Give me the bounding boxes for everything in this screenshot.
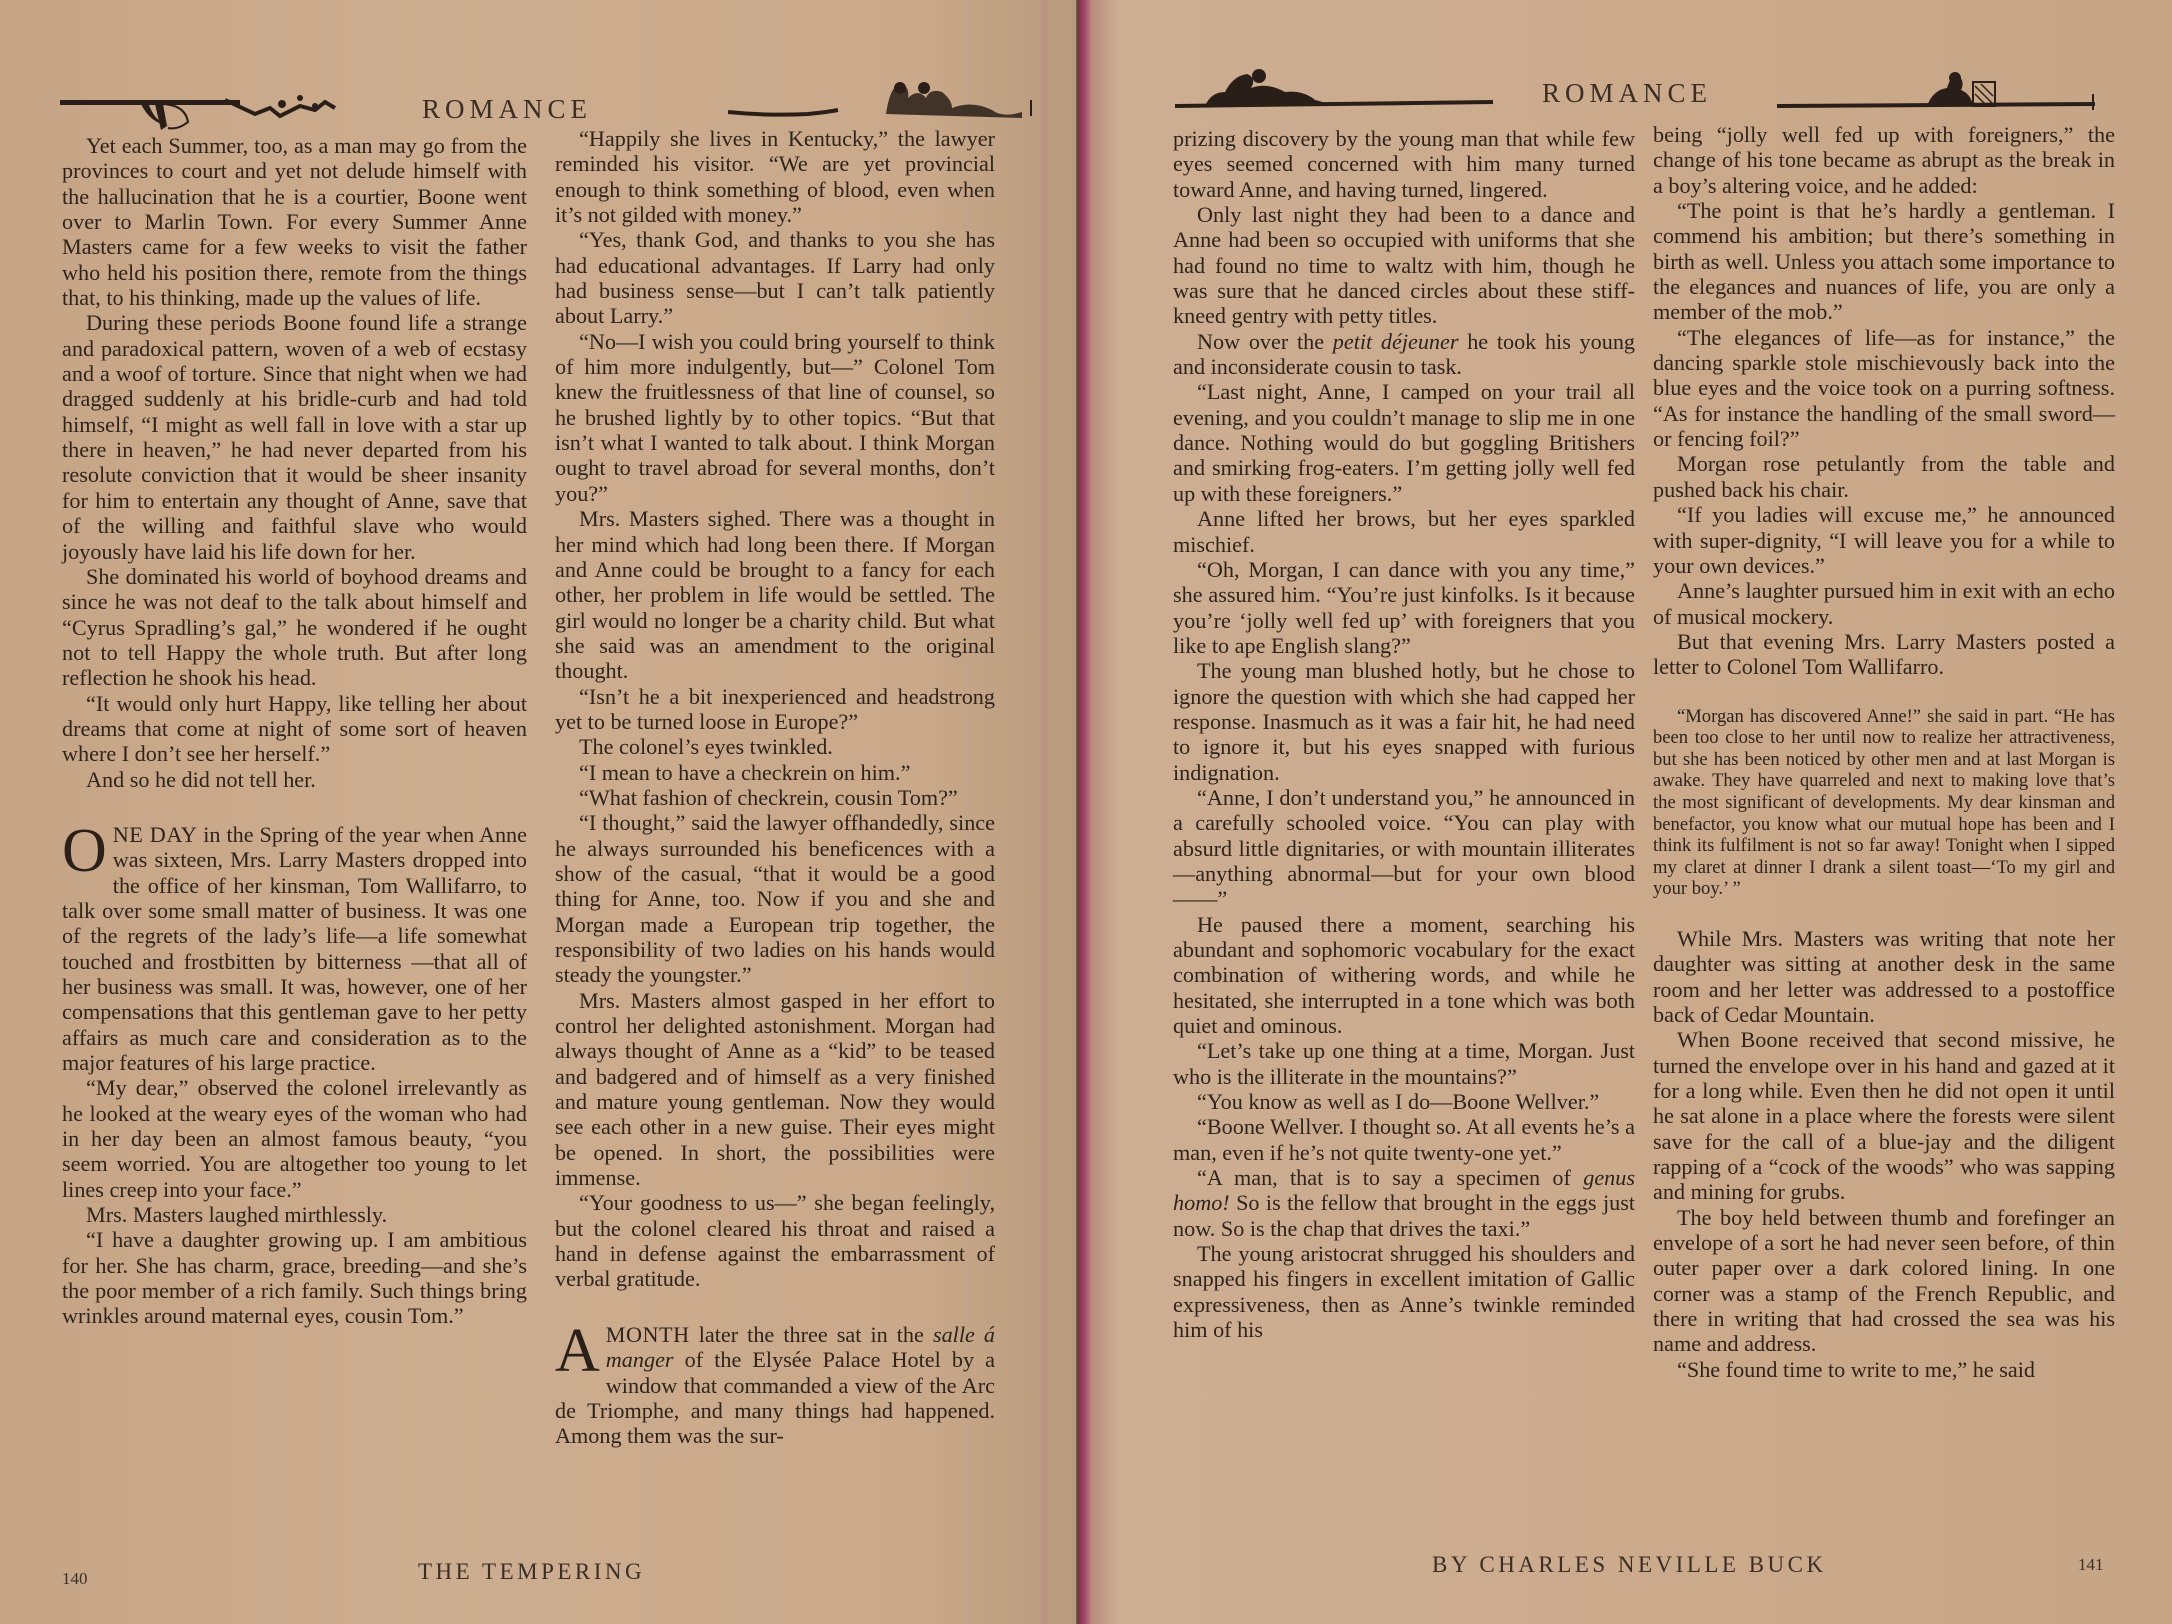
paragraph: Anne lifted her brows, but her eyes spar…	[1173, 506, 1635, 557]
column-4: being “jolly well fed up with foreigners…	[1653, 122, 2115, 1382]
left-page-number: 140	[62, 1570, 88, 1587]
paragraph: “Oh, Morgan, I can dance with you any ti…	[1173, 557, 1635, 658]
left-running-foot: THE TEMPERING	[418, 1560, 645, 1583]
column-2: “Happily she lives in Kentucky,” the law…	[555, 126, 995, 1449]
book-gutter	[1076, 0, 1079, 1624]
paragraph: During these periods Boone found life a …	[62, 310, 527, 563]
right-running-title: ROMANCE	[1542, 80, 1712, 107]
paragraph: “Last night, Anne, I camped on your trai…	[1173, 379, 1635, 506]
left-head-ornament-hunter-icon	[60, 86, 380, 120]
paragraph-continuation: prizing discovery by the young man that …	[1173, 126, 1635, 202]
paragraph: “If you ladies will excuse me,” he annou…	[1653, 502, 2115, 578]
paragraph: “She found time to write to me,” he said	[1653, 1357, 2115, 1382]
paragraph: “I thought,” said the lawyer offhandedly…	[555, 810, 995, 987]
paragraph: Now over the petit déjeuner he took his …	[1173, 329, 1635, 380]
paragraph: Mrs. Masters sighed. There was a thought…	[555, 506, 995, 683]
text: Now over the	[1197, 329, 1333, 354]
right-head-ornament-man-at-desk-icon	[1777, 68, 2097, 102]
paragraph: “Isn’t he a bit inexperienced and headst…	[555, 684, 995, 735]
paragraph: The young aristocrat shrugged his should…	[1173, 1241, 1635, 1342]
section-opening-paragraph: ONE DAY in the Spring of the year when A…	[62, 822, 527, 1075]
column-1: Yet each Summer, too, as a man may go fr…	[62, 133, 527, 1329]
paragraph: Morgan rose petulantly from the table an…	[1653, 451, 2115, 502]
right-head-ornament-woman-icon	[1175, 68, 1495, 102]
paragraph: “No—I wish you could bring yourself to t…	[555, 329, 995, 506]
right-running-foot: BY CHARLES NEVILLE BUCK	[1432, 1553, 1827, 1576]
paragraph: The boy held between thumb and forefinge…	[1653, 1205, 2115, 1357]
paragraph: “It would only hurt Happy, like telling …	[62, 691, 527, 767]
paragraph: “I have a daughter growing up. I am ambi…	[62, 1227, 527, 1328]
section-opening-paragraph: AMONTH later the three sat in the salle …	[555, 1322, 995, 1449]
paragraph: And so he did not tell her.	[62, 767, 527, 792]
paragraph: Mrs. Masters almost gasped in her effort…	[555, 988, 995, 1191]
paragraph: The young man blushed hotly, but he chos…	[1173, 658, 1635, 785]
drop-cap: A	[555, 1326, 600, 1376]
paragraph-continuation: being “jolly well fed up with foreigners…	[1653, 122, 2115, 198]
drop-cap: O	[62, 826, 107, 876]
paragraph: But that evening Mrs. Larry Masters post…	[1653, 629, 2115, 680]
paragraph: While Mrs. Masters was writing that note…	[1653, 926, 2115, 1027]
paragraph: “What fashion of checkrein, cousin Tom?”	[555, 785, 995, 810]
paragraph: “A man, that is to say a specimen of gen…	[1173, 1165, 1635, 1241]
paragraph: “Happily she lives in Kentucky,” the law…	[555, 126, 995, 227]
paragraph: “The point is that he’s hardly a gentlem…	[1653, 198, 2115, 325]
paragraph: “I mean to have a checkrein on him.”	[555, 760, 995, 785]
lead-in-smallcaps: NE DAY	[113, 822, 198, 847]
text: So is the fellow that brought in the egg…	[1173, 1190, 1635, 1240]
paragraph: “You know as well as I do—Boone Wellver.…	[1173, 1089, 1635, 1114]
left-running-title: ROMANCE	[422, 96, 592, 123]
paragraph: Anne’s laughter pursued him in exit with…	[1653, 578, 2115, 629]
column-3: prizing discovery by the young man that …	[1173, 126, 1635, 1343]
lead-in-smallcaps: MONTH	[606, 1322, 690, 1347]
paragraph: Only last night they had been to a dance…	[1173, 202, 1635, 329]
paragraph: Mrs. Masters laughed mirthlessly.	[62, 1202, 527, 1227]
paragraph: “Let’s take up one thing at a time, Morg…	[1173, 1038, 1635, 1089]
paragraph: “My dear,” observed the colonel irreleva…	[62, 1075, 527, 1202]
paragraph: Yet each Summer, too, as a man may go fr…	[62, 133, 527, 310]
gutter-stain	[1040, 0, 1050, 1624]
right-running-head: ROMANCE	[1175, 60, 2125, 112]
paragraph: She dominated his world of boyhood dream…	[62, 564, 527, 691]
text: “A man, that is to say a specimen of	[1197, 1165, 1583, 1190]
paragraph: When Boone received that second missive,…	[1653, 1027, 2115, 1204]
paragraph: “Anne, I don’t understand you,” he annou…	[1173, 785, 1635, 912]
left-head-ornament-figures-icon	[728, 78, 1038, 112]
right-page-number: 141	[2078, 1556, 2104, 1573]
paragraph: The colonel’s eyes twinkled.	[555, 734, 995, 759]
paragraph: “Yes, thank God, and thanks to you she h…	[555, 227, 995, 328]
quoted-letter: “Morgan has discovered Anne!” she said i…	[1653, 706, 2115, 900]
paragraph: “Your goodness to us—” she began feeling…	[555, 1190, 995, 1291]
left-running-head: ROMANCE	[60, 68, 1010, 120]
paragraph: “The elegances of life—as for instance,”…	[1653, 325, 2115, 452]
section-text: later the three sat in the	[690, 1322, 933, 1347]
paragraph: He paused there a moment, searching his …	[1173, 912, 1635, 1039]
paragraph: “Boone Wellver. I thought so. At all eve…	[1173, 1114, 1635, 1165]
italic-phrase: petit déjeuner	[1333, 329, 1459, 354]
section-text: in the Spring of the year when Anne was …	[62, 822, 527, 1075]
